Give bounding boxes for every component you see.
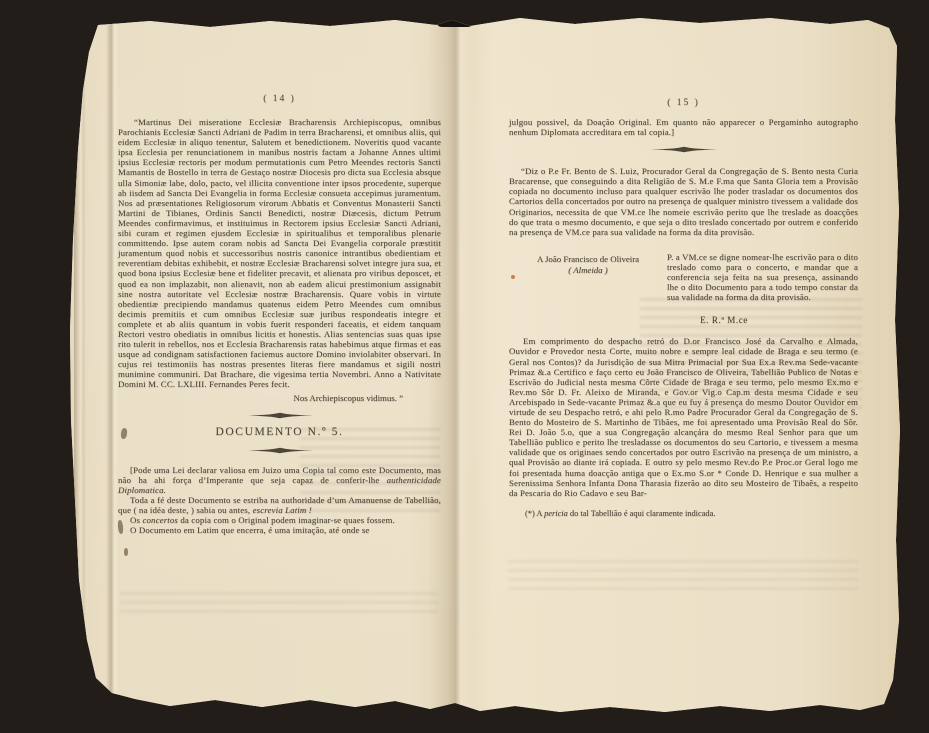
page-edge-crease xyxy=(106,22,118,706)
latin-charter-paragraph: “Martinus Dei miseratione Ecclesiæ Brach… xyxy=(118,117,441,390)
ornament-row xyxy=(118,412,441,419)
continuation-paragraph: julgou possivel, da Doação Original. Em … xyxy=(509,117,858,137)
addressee-column: A João Francisco de Oliveira ( Almeida ) xyxy=(509,252,667,302)
paper-speck xyxy=(124,548,128,556)
petition-address-block: A João Francisco de Oliveira ( Almeida )… xyxy=(509,252,858,302)
page-14: ( 14 ) “Martinus Dei miseratione Ecclesi… xyxy=(118,94,441,535)
fore-edge-ridge xyxy=(74,22,86,706)
vidimus-attestation-line: Nos Archiepiscopus vidimus. ” xyxy=(118,393,441,403)
ornament-row xyxy=(509,146,858,153)
tapered-rule-ornament xyxy=(247,447,313,454)
request-text: P. a VM.ce se digne nomear-lhe escrivão … xyxy=(667,252,858,302)
note-text: da copia com o Original podem imaginar-s… xyxy=(178,515,395,525)
addressee-surname: ( Almeida ) xyxy=(509,265,667,276)
page-number-left: ( 14 ) xyxy=(118,94,441,104)
footnote: (*) A pericia do tal Tabellião é aqui cl… xyxy=(509,509,858,519)
note-text-italic: escrevia Latim ! xyxy=(253,505,312,515)
document-number-heading: DOCUMENTO N.º 5. xyxy=(118,426,441,438)
editorial-note-paragraph: O Documento em Latim que encerra, é uma … xyxy=(118,525,441,535)
tapered-rule-ornament xyxy=(651,146,717,153)
editorial-note-paragraph: Toda a fé deste Documento se estriba na … xyxy=(118,495,441,515)
editorial-note-paragraph: [Pode uma Lei declarar valiosa em Juizo … xyxy=(118,465,441,495)
petition-paragraph: “Diz o P.e Fr. Bento de S. Luiz, Procura… xyxy=(509,166,858,237)
note-text-italic: concertos xyxy=(142,515,178,525)
footnote-text: do tal Tabellião é aqui claramente indic… xyxy=(568,509,716,518)
page-number-right: ( 15 ) xyxy=(509,98,858,108)
book-spine-shadow xyxy=(436,0,476,27)
footnote-italic: pericia xyxy=(544,509,568,518)
footnote-marker: (*) A xyxy=(525,509,544,518)
notarial-certificate-paragraph: Em comprimento do despacho retró do D.or… xyxy=(509,336,858,498)
note-text: Os xyxy=(130,515,142,525)
photo-background: ( 14 ) “Martinus Dei miseratione Ecclesi… xyxy=(0,0,929,733)
ornament-row xyxy=(118,447,441,454)
page-15: ( 15 ) julgou possivel, da Doação Origin… xyxy=(509,98,858,527)
show-through-ghost-text xyxy=(508,560,858,592)
er-merce-formula: E. R.ª M.ce xyxy=(629,315,819,325)
editorial-note-paragraph: Os concertos da copia com o Original pod… xyxy=(118,515,441,525)
tapered-rule-ornament xyxy=(247,412,313,419)
addressee-name: A João Francisco de Oliveira xyxy=(509,254,667,265)
book-page-spread: ( 14 ) “Martinus Dei miseratione Ecclesi… xyxy=(0,0,929,733)
show-through-ghost-text xyxy=(120,592,438,616)
